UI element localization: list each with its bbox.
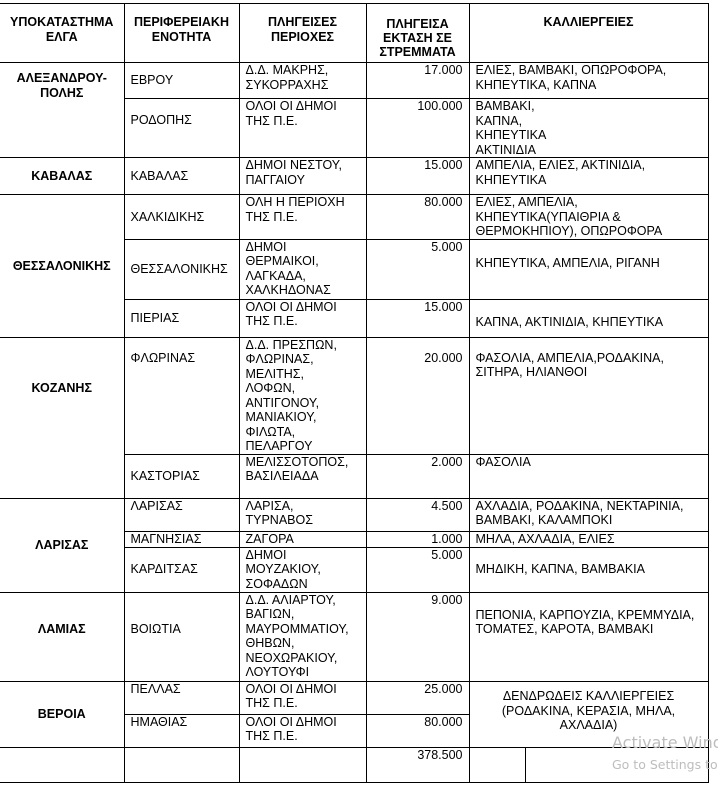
table-row: ΑΛΕΞΑΝΔΡΟΥ- ΠΟΛΗΣ ΕΒΡΟΥ Δ.Δ. ΜΑΚΡΗΣ, ΣΥΚ… [0,63,708,99]
total-empty-cell [469,747,525,782]
region-cell: ΘΕΣΣΑΛΟΝΙΚΗΣ [124,239,239,299]
areas-cell: ΟΛΗ Η ΠΕΡΙΟΧΗ ΤΗΣ Π.Ε. [239,195,366,240]
areas-cell: Δ.Δ. ΑΛΙΑΡΤΟΥ, ΒΑΓΙΩΝ, ΜΑΥΡΟΜΜΑΤΙΟΥ, ΘΗΒ… [239,592,366,681]
branch-cell: ΛΑΡΙΣΑΣ [0,498,124,592]
extent-cell: 100.000 [366,99,469,158]
table-row: ΛΑΜΙΑΣ ΒΟΙΩΤΙΑ Δ.Δ. ΑΛΙΑΡΤΟΥ, ΒΑΓΙΩΝ, ΜΑ… [0,592,708,681]
crops-cell: ΚΑΠΝΑ, ΑΚΤΙΝΙΔΙΑ, ΚΗΠΕΥΤΙΚΑ [469,299,708,337]
region-cell: ΠΕΛΛΑΣ [124,681,239,714]
table-row: ΒΕΡΟΙΑ ΠΕΛΛΑΣ ΟΛΟΙ ΟΙ ΔΗΜΟΙ ΤΗΣ Π.Ε. 25.… [0,681,708,714]
header-branch: ΥΠΟΚΑΤΑΣΤΗΜΑ ΕΛΓΑ [0,4,124,63]
header-affected-areas: ΠΛΗΓΕΙΣΕΣ ΠΕΡΙΟΧΕΣ [239,4,366,63]
region-cell: ΜΑΓΝΗΣΙΑΣ [124,531,239,547]
region-cell: ΠΙΕΡΙΑΣ [124,299,239,337]
total-empty-cell [0,747,124,782]
damage-table: ΥΠΟΚΑΤΑΣΤΗΜΑ ΕΛΓΑ ΠΕΡΙΦΕΡΕΙΑΚΗ ΕΝΟΤΗΤΑ Π… [0,3,709,783]
extent-cell: 25.000 [366,681,469,714]
region-cell: ΕΒΡΟΥ [124,63,239,99]
areas-cell: ΖΑΓΟΡΑ [239,531,366,547]
region-cell: ΛΑΡΙΣΑΣ [124,498,239,531]
extent-cell: 5.000 [366,239,469,299]
extent-cell: 20.000 [366,337,469,454]
region-cell: ΗΜΑΘΙΑΣ [124,714,239,747]
header-crops: ΚΑΛΛΙΕΡΓΕΙΕΣ [469,4,708,63]
areas-cell: ΛΑΡΙΣΑ, ΤΥΡΝΑΒΟΣ [239,498,366,531]
areas-cell: ΟΛΟΙ ΟΙ ΔΗΜΟΙ ΤΗΣ Π.Ε. [239,299,366,337]
total-empty-cell [124,747,239,782]
extent-cell: 15.000 [366,299,469,337]
region-cell: ΚΑΣΤΟΡΙΑΣ [124,454,239,498]
areas-cell: ΔΗΜΟΙ ΜΟΥΖΑΚΙΟΥ, ΣΟΦΑΔΩΝ [239,547,366,592]
areas-cell: Δ.Δ. ΠΡΕΣΠΩΝ, ΦΛΩΡΙΝΑΣ, ΜΕΛΙΤΗΣ, ΛΟΦΩΝ, … [239,337,366,454]
table-row: ΘΕΣΣΑΛΟΝΙΚΗΣ ΧΑΛΚΙΔΙΚΗΣ ΟΛΗ Η ΠΕΡΙΟΧΗ ΤΗ… [0,195,708,240]
table-row: ΚΑΒΑΛΑΣ ΚΑΒΑΛΑΣ ΔΗΜΟΙ ΝΕΣΤΟΥ, ΠΑΓΓΑΙΟΥ 1… [0,158,708,195]
crops-cell: ΕΛΙΕΣ, ΒΑΜΒΑΚΙ, ΟΠΩΡΟΦΟΡΑ, ΚΗΠΕΥΤΙΚΑ, ΚΑ… [469,63,708,99]
crops-cell: ΦΑΣΟΛΙΑ [469,454,708,498]
region-cell: ΧΑΛΚΙΔΙΚΗΣ [124,195,239,240]
areas-cell: ΜΕΛΙΣΣΟΤΟΠΟΣ, ΒΑΣΙΛΕΙΑΔΑ [239,454,366,498]
crops-cell: ΦΑΣΟΛΙΑ, ΑΜΠΕΛΙΑ,ΡΟΔΑΚΙΝΑ, ΣΙΤΗΡΑ, ΗΛΙΑΝ… [469,337,708,454]
extent-cell: 2.000 [366,454,469,498]
crops-cell: ΜΗΛΑ, ΑΧΛΑΔΙΑ, ΕΛΙΕΣ [469,531,708,547]
branch-cell: ΛΑΜΙΑΣ [0,592,124,681]
branch-cell: ΚΑΒΑΛΑΣ [0,158,124,195]
header-row: ΥΠΟΚΑΤΑΣΤΗΜΑ ΕΛΓΑ ΠΕΡΙΦΕΡΕΙΑΚΗ ΕΝΟΤΗΤΑ Π… [0,4,708,63]
table-row: ΚΟΖΑΝΗΣ ΦΛΩΡΙΝΑΣ Δ.Δ. ΠΡΕΣΠΩΝ, ΦΛΩΡΙΝΑΣ,… [0,337,708,454]
extent-cell: 4.500 [366,498,469,531]
region-cell: ΚΑΡΔΙΤΣΑΣ [124,547,239,592]
extent-cell: 15.000 [366,158,469,195]
crops-cell: ΜΗΔΙΚΗ, ΚΑΠΝΑ, ΒΑΜΒΑΚΙΑ [469,547,708,592]
crops-cell: ΠΕΠΟΝΙΑ, ΚΑΡΠΟΥΖΙΑ, ΚΡΕΜΜΥΔΙΑ, ΤΟΜΑΤΕΣ, … [469,592,708,681]
areas-cell: ΔΗΜΟΙ ΝΕΣΤΟΥ, ΠΑΓΓΑΙΟΥ [239,158,366,195]
region-cell: ΒΟΙΩΤΙΑ [124,592,239,681]
extent-cell: 1.000 [366,531,469,547]
crops-cell: ΔΕΝΔΡΩΔΕΙΣ ΚΑΛΛΙΕΡΓΕΙΕΣ (ΡΟΔΑΚΙΝΑ, ΚΕΡΑΣ… [469,681,708,747]
extent-cell: 17.000 [366,63,469,99]
extent-cell: 9.000 [366,592,469,681]
areas-cell: ΟΛΟΙ ΟΙ ΔΗΜΟΙ ΤΗΣ Π.Ε. [239,714,366,747]
region-cell: ΡΟΔΟΠΗΣ [124,99,239,158]
branch-cell: ΑΛΕΞΑΝΔΡΟΥ- ΠΟΛΗΣ [0,63,124,158]
extent-cell: 80.000 [366,195,469,240]
extent-cell: 80.000 [366,714,469,747]
branch-cell: ΚΟΖΑΝΗΣ [0,337,124,498]
total-extent-cell: 378.500 [366,747,469,782]
branch-cell: ΒΕΡΟΙΑ [0,681,124,747]
total-empty-cell [239,747,366,782]
areas-cell: Δ.Δ. ΜΑΚΡΗΣ, ΣΥΚΟΡΡΑΧΗΣ [239,63,366,99]
crops-cell: ΒΑΜΒΑΚΙ, ΚΑΠΝΑ, ΚΗΠΕΥΤΙΚΑ ΑΚΤΙΝΙΔΙΑ [469,99,708,158]
crops-cell: ΚΗΠΕΥΤΙΚΑ, ΑΜΠΕΛΙΑ, ΡΙΓΑΝΗ [469,239,708,299]
total-empty-cell [525,747,708,782]
total-row: 378.500 [0,747,708,782]
region-cell: ΚΑΒΑΛΑΣ [124,158,239,195]
crops-cell: ΑΜΠΕΛΙΑ, ΕΛΙΕΣ, ΑΚΤΙΝΙΔΙΑ, ΚΗΠΕΥΤΙΚΑ [469,158,708,195]
table-row: ΛΑΡΙΣΑΣ ΛΑΡΙΣΑΣ ΛΑΡΙΣΑ, ΤΥΡΝΑΒΟΣ 4.500 Α… [0,498,708,531]
crops-cell: ΑΧΛΑΔΙΑ, ΡΟΔΑΚΙΝΑ, ΝΕΚΤΑΡΙΝΙΑ, ΒΑΜΒΑΚΙ, … [469,498,708,531]
extent-cell: 5.000 [366,547,469,592]
crops-cell: ΕΛΙΕΣ, ΑΜΠΕΛΙΑ, ΚΗΠΕΥΤΙΚΑ(ΥΠΑΙΘΡΙΑ & ΘΕΡ… [469,195,708,240]
areas-cell: ΔΗΜΟΙ ΘΕΡΜΑΙΚΟΙ, ΛΑΓΚΑΔΑ, ΧΑΛΚΗΔΟΝΑΣ [239,239,366,299]
region-cell: ΦΛΩΡΙΝΑΣ [124,337,239,454]
branch-cell: ΘΕΣΣΑΛΟΝΙΚΗΣ [0,195,124,338]
header-region-unit: ΠΕΡΙΦΕΡΕΙΑΚΗ ΕΝΟΤΗΤΑ [124,4,239,63]
header-affected-extent: ΠΛΗΓΕΙΣΑ ΕΚΤΑΣΗ ΣΕ ΣΤΡΕΜΜΑΤΑ [366,4,469,63]
areas-cell: ΟΛΟΙ ΟΙ ΔΗΜΟΙ ΤΗΣ Π.Ε. [239,681,366,714]
areas-cell: ΟΛΟΙ ΟΙ ΔΗΜΟΙ ΤΗΣ Π.Ε. [239,99,366,158]
